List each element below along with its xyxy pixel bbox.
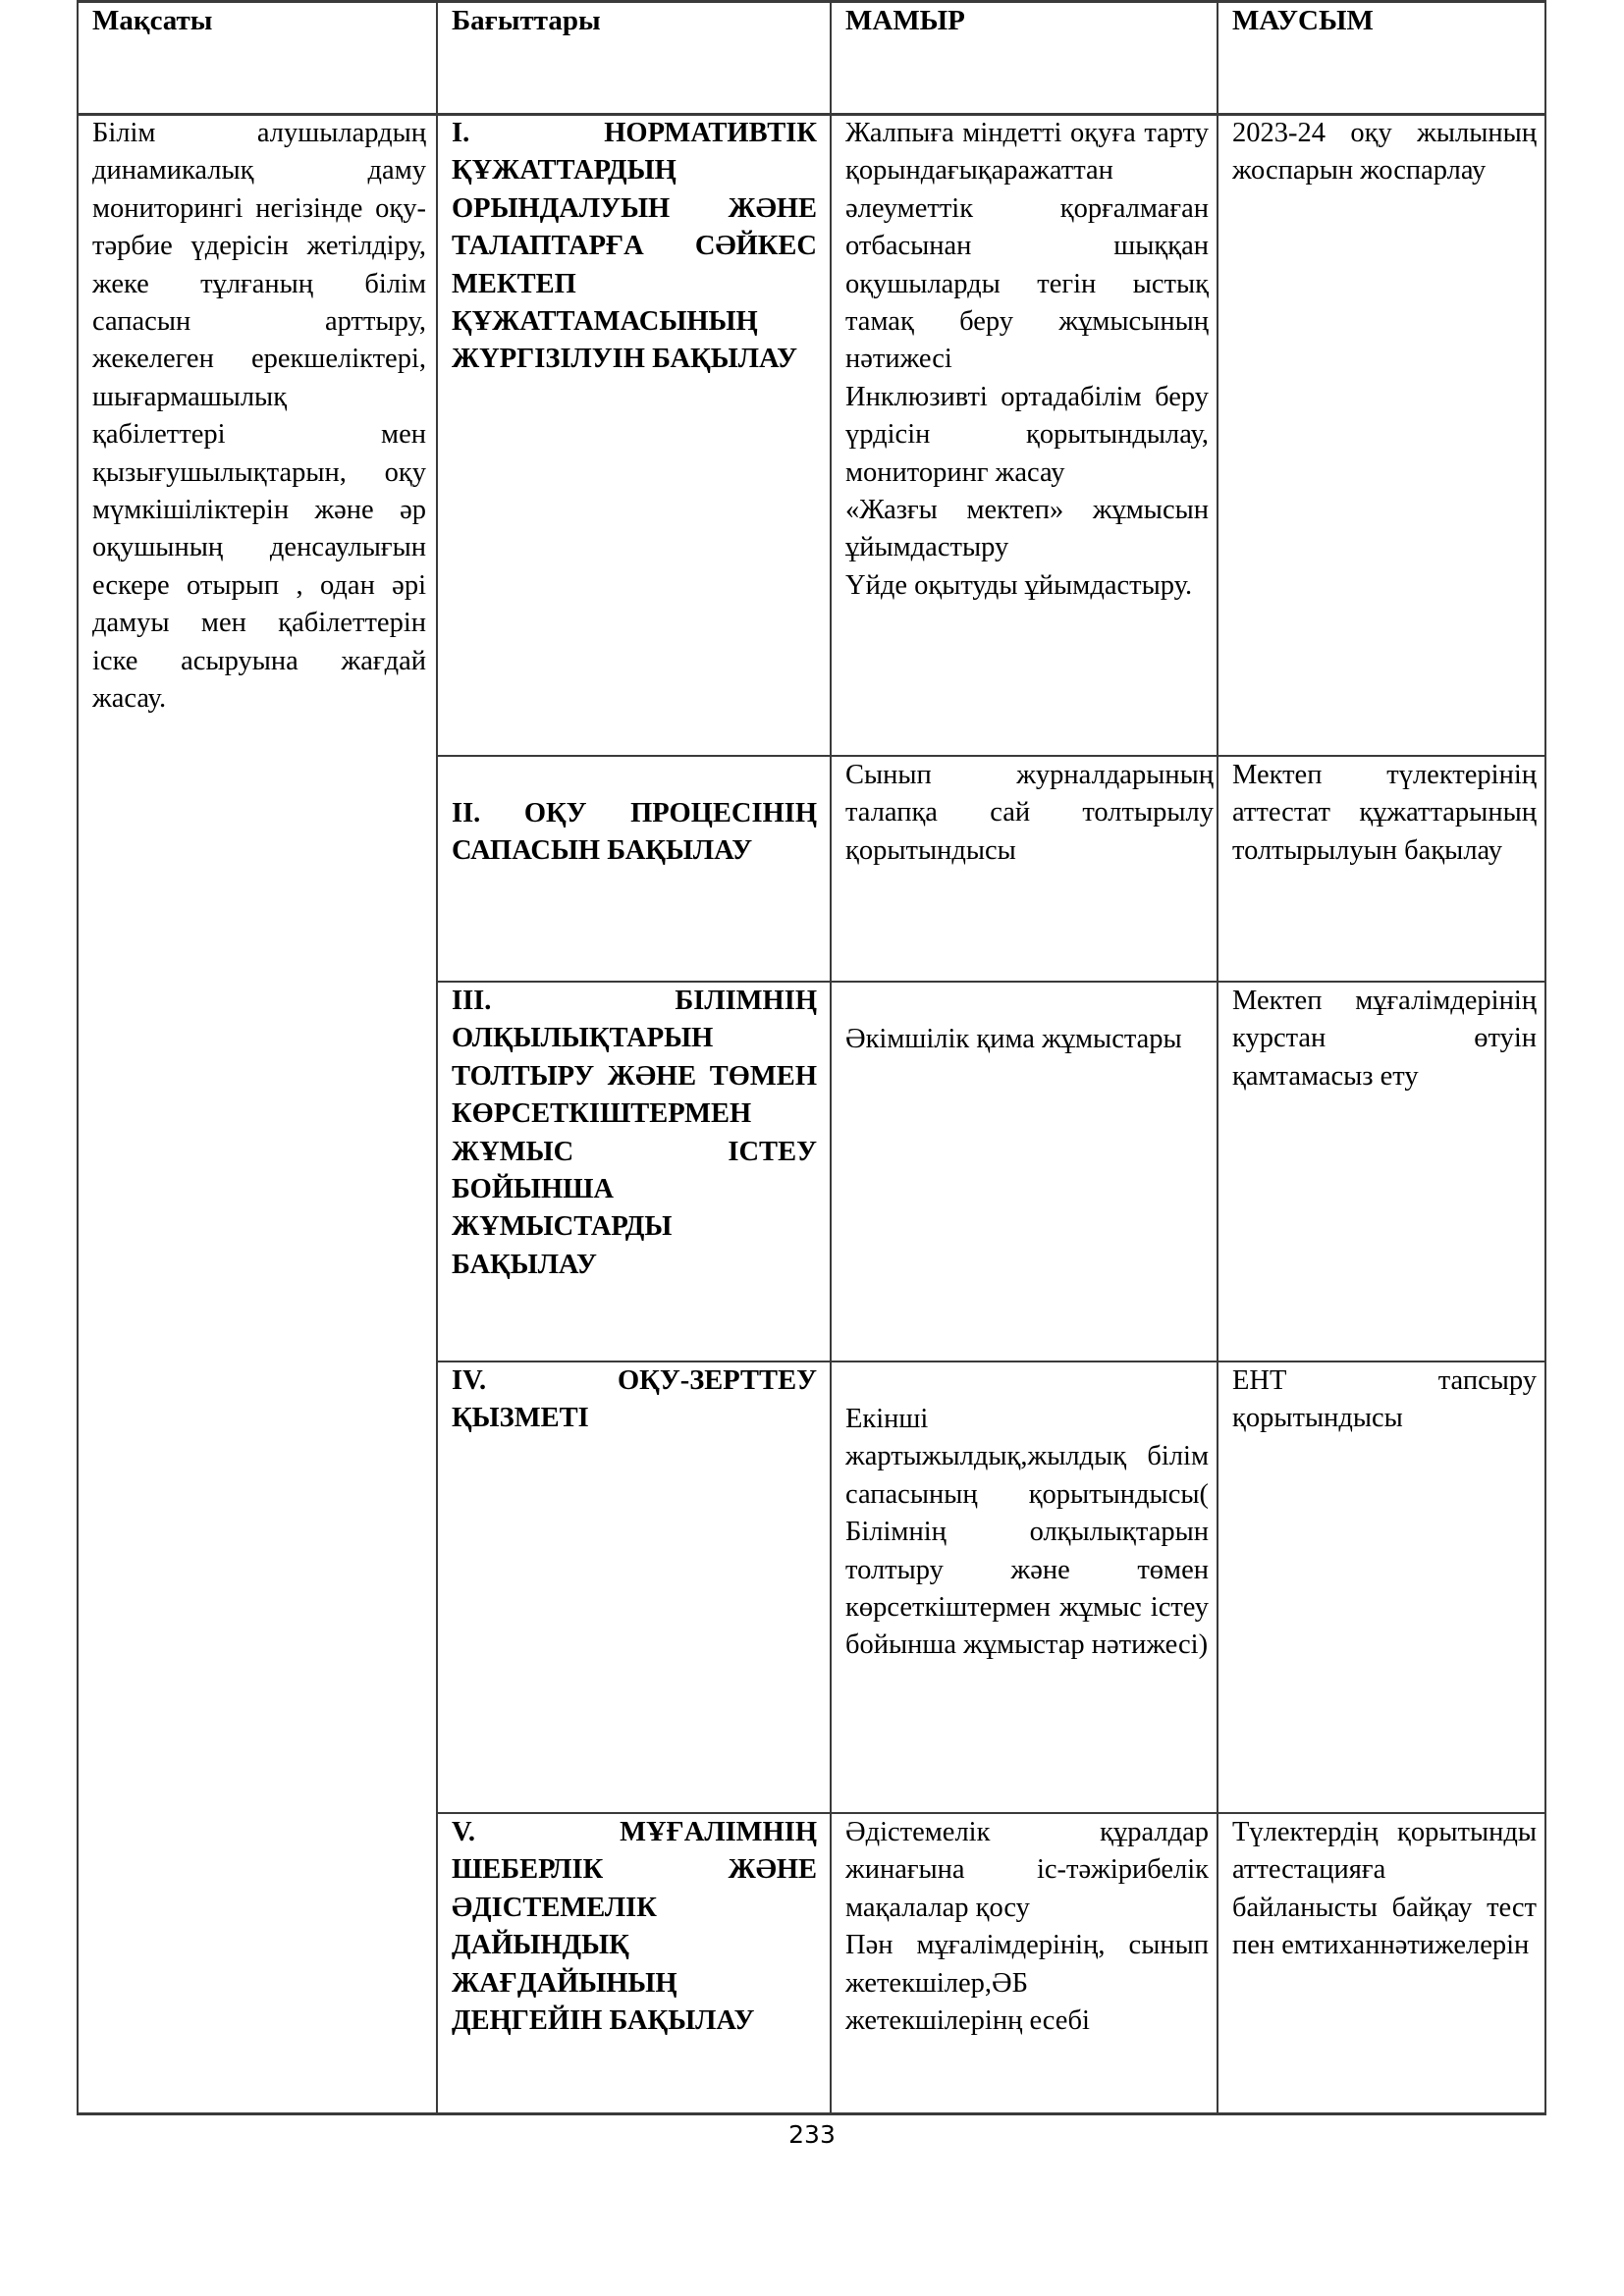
june-5: Түлектердің қорытынды аттестацияға байла… [1232, 1814, 1537, 1965]
plan-table: Мақсаты Бағыттары МАМЫР МАУСЫМ Білім алу… [77, 0, 1546, 2115]
may-4-item: Екінші жартыжылдық,жылдық білім сапасыны… [845, 1401, 1209, 1665]
may-3-item: Әкімшілік қима жұмыстары [845, 1021, 1209, 1058]
june-1-item: 2023-24 оқу жылының жоспарын жоспарлау [1232, 115, 1537, 190]
may-1-item: «Жазғы мектеп» жұмысын ұйымдастыру [845, 492, 1209, 567]
direction-4: IV. ОҚУ-ЗЕРТТЕУ ҚЫЗМЕТІ [452, 1362, 817, 1438]
june-3-item: Мектеп мұғалімдерінің курстан өтуін қамт… [1232, 983, 1537, 1095]
may-1-item: Инклюзивті ортадабілім беру үрдісін қоры… [845, 379, 1209, 492]
may-1-item: Жалпыға міндетті оқуға тарту қорындағықа… [845, 115, 1209, 379]
direction-1: I. НОРМАТИВТІК ҚҰЖАТТАРДЫҢ ОРЫНДАЛУЫН ЖӘ… [452, 115, 817, 379]
table-border-bottom [77, 2112, 1546, 2115]
june-3: Мектеп мұғалімдерінің курстан өтуін қамт… [1232, 983, 1537, 1095]
page-number: 233 [0, 2120, 1624, 2149]
may-3: Әкімшілік қима жұмыстары [845, 1021, 1209, 1058]
june-1: 2023-24 оқу жылының жоспарын жоспарлау [1232, 115, 1537, 190]
june-2: Мектеп түлектерінің аттестат құжаттарыны… [1232, 757, 1537, 870]
june-4-item: ЕНТ тапсыру қорытындысы [1232, 1362, 1537, 1438]
table-border-right [1544, 0, 1546, 2115]
column-divider [1217, 0, 1218, 2115]
direction-5: V. МҰҒАЛІМНІҢ ШЕБЕРЛІК ЖӘНЕ ӘДІСТЕМЕЛІК … [452, 1814, 817, 2040]
direction-2: II. ОҚУ ПРОЦЕСІНІҢ САПАСЫН БАҚЫЛАУ [452, 795, 817, 871]
june-4: ЕНТ тапсыру қорытындысы [1232, 1362, 1537, 1438]
header-june: МАУСЫМ [1232, 2, 1537, 39]
june-2-item: Мектеп түлектерінің аттестат құжаттарыны… [1232, 757, 1537, 870]
goal-text: Білім алушылардың динамикалық даму монит… [92, 115, 426, 719]
header-direction: Бағыттары [452, 2, 815, 39]
may-5-item: Пән мұғалімдерінің, сынып жетекшілер,ӘБ … [845, 1927, 1209, 2040]
table-border-left [77, 0, 79, 2115]
may-4: Екінші жартыжылдық,жылдық білім сапасыны… [845, 1401, 1209, 1665]
column-divider [830, 0, 832, 2115]
may-2: Сынып журналдарының талапқа сай толтырыл… [845, 757, 1214, 870]
header-may: МАМЫР [845, 2, 1209, 39]
may-1-item: Үйде оқытуды ұйымдастыру. [845, 567, 1209, 605]
column-divider [436, 0, 438, 2115]
header-goal: Мақсаты [92, 2, 426, 39]
june-5-item: Түлектердің қорытынды аттестацияға байла… [1232, 1814, 1537, 1965]
may-2-item: Сынып журналдарының талапқа сай толтырыл… [845, 757, 1214, 870]
may-5-item: Әдістемелік құралдар жинағына іс-тәжіриб… [845, 1814, 1209, 1927]
may-1: Жалпыға міндетті оқуға тарту қорындағықа… [845, 115, 1209, 605]
direction-3: III. БІЛІМНІҢ ОЛҚЫЛЫҚТАРЫН ТОЛТЫРУ ЖӘНЕ … [452, 983, 817, 1284]
may-5: Әдістемелік құралдар жинағына іс-тәжіриб… [845, 1814, 1209, 2040]
